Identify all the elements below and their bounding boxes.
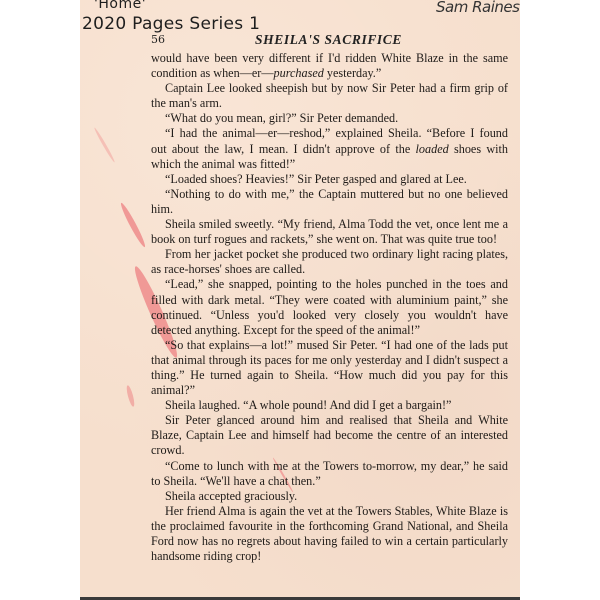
paragraph: Sheila smiled sweetly. “My friend, Alma … — [151, 217, 508, 247]
paragraph: “What do you mean, girl?” Sir Peter dema… — [151, 111, 508, 126]
paragraph: “I had the animal—er—reshod,” explained … — [151, 126, 508, 171]
body-text: would have been very different if I'd ri… — [151, 51, 508, 564]
paragraph: “Nothing to do with me,” the Captain mut… — [151, 187, 508, 217]
paragraph: Her friend Alma is again the vet at the … — [151, 504, 508, 564]
emphasis: purchased — [274, 66, 324, 80]
paragraph: Sir Peter glanced around him and realise… — [151, 413, 508, 458]
handwritten-series-label: 2020 Pages Series 1 — [82, 14, 260, 34]
paragraph: Captain Lee looked sheepish but by now S… — [151, 81, 508, 111]
page-number: 56 — [151, 33, 165, 46]
paragraph: From her jacket pocket she produced two … — [151, 247, 508, 277]
paragraph: Sheila laughed. “A whole pound! And did … — [151, 398, 508, 413]
emphasis: loaded — [416, 142, 449, 156]
paragraph: “Loaded shoes? Heavies!” Sir Peter gaspe… — [151, 172, 508, 187]
paragraph: Sheila accepted graciously. — [151, 489, 508, 504]
handwritten-label: 'Home' — [94, 0, 146, 12]
paragraph: would have been very different if I'd ri… — [151, 51, 508, 81]
handwritten-signature: Sam Raines — [436, 0, 519, 16]
paragraph: “Come to lunch with me at the Towers to-… — [151, 459, 508, 489]
paragraph: “Lead,” she snapped, pointing to the hol… — [151, 277, 508, 337]
paragraph: “So that explains—a lot!” mused Sir Pete… — [151, 338, 508, 398]
running-title: SHEILA'S SACRIFICE — [255, 32, 402, 48]
